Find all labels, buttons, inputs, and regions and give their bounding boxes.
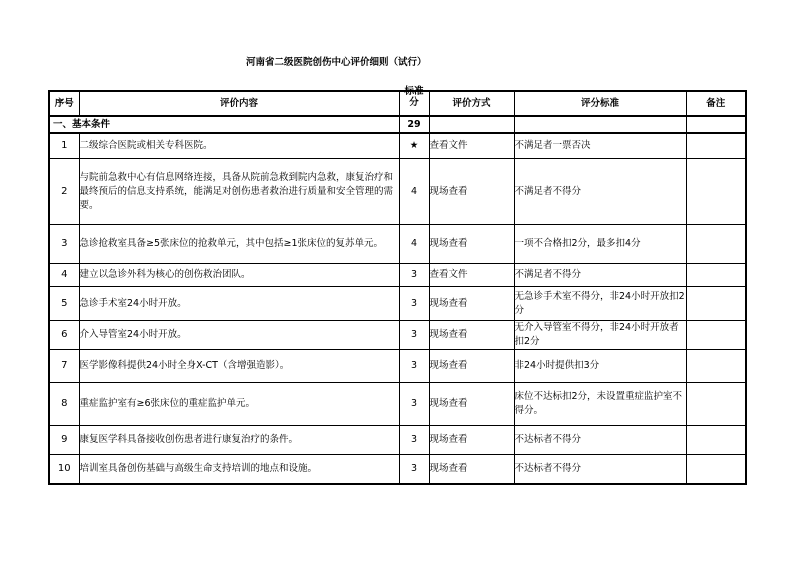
row-method: 现场查看 [429, 455, 514, 485]
header-eval-method: 评价方式 [429, 91, 514, 116]
section-criteria-cell [514, 116, 686, 133]
header-standard-score-text: 标准分 [403, 86, 425, 108]
row-note [686, 264, 746, 287]
document-page: 河南省二级医院创伤中心评价细则（试行） 序号 评价内容 标准分 评价方式 评分标… [0, 0, 793, 561]
row-score: 3 [399, 383, 429, 426]
table-row: 8 重症监护室有≥6张床位的重症监护单元。 3 现场查看 床位不达标扣2分，未设… [49, 383, 746, 426]
row-method: 现场查看 [429, 287, 514, 321]
row-criteria: 不达标者不得分 [514, 426, 686, 455]
row-content: 重症监护室有≥6张床位的重症监护单元。 [79, 383, 399, 426]
row-score: ★ [399, 133, 429, 159]
row-seq-no: 5 [49, 287, 79, 321]
row-content: 康复医学科具备接收创伤患者进行康复治疗的条件。 [79, 426, 399, 455]
row-method: 现场查看 [429, 159, 514, 225]
section-method-cell [429, 116, 514, 133]
row-score: 3 [399, 455, 429, 485]
header-remarks: 备注 [686, 91, 746, 116]
row-method: 查看文件 [429, 264, 514, 287]
row-seq-no: 10 [49, 455, 79, 485]
row-criteria: 非24小时提供扣3分 [514, 350, 686, 383]
row-seq-no: 8 [49, 383, 79, 426]
row-seq-no: 4 [49, 264, 79, 287]
row-score: 3 [399, 350, 429, 383]
row-criteria: 床位不达标扣2分，未设置重症监护室不得分。 [514, 383, 686, 426]
header-scoring-criteria: 评分标准 [514, 91, 686, 116]
row-score: 3 [399, 287, 429, 321]
row-method: 现场查看 [429, 350, 514, 383]
row-seq-no: 7 [49, 350, 79, 383]
row-criteria: 无急诊手术室不得分，非24小时开放扣2分 [514, 287, 686, 321]
section-label: 一、基本条件 [49, 116, 399, 133]
row-seq-no: 6 [49, 321, 79, 350]
table-row: 4 建立以急诊外科为核心的创伤救治团队。 3 查看文件 不满足者不得分 [49, 264, 746, 287]
row-criteria: 不满足者一票否决 [514, 133, 686, 159]
row-content: 急诊抢救室具备≥5张床位的抢救单元，其中包括≥1张床位的复苏单元。 [79, 225, 399, 264]
row-note [686, 350, 746, 383]
section-score: 29 [399, 116, 429, 133]
row-criteria: 无介入导管室不得分，非24小时开放者扣2分 [514, 321, 686, 350]
table-row: 3 急诊抢救室具备≥5张床位的抢救单元，其中包括≥1张床位的复苏单元。 4 现场… [49, 225, 746, 264]
table-row: 2 与院前急救中心有信息网络连接，具备从院前急救到院内急救，康复治疗和最终预后的… [49, 159, 746, 225]
row-criteria: 不达标者不得分 [514, 455, 686, 485]
table-row: 7 医学影像科提供24小时全身X-CT（含增强造影）。 3 现场查看 非24小时… [49, 350, 746, 383]
row-criteria: 一项不合格扣2分，最多扣4分 [514, 225, 686, 264]
table-header-row: 序号 评价内容 标准分 评价方式 评分标准 备注 [49, 91, 746, 116]
row-content: 介入导管室24小时开放。 [79, 321, 399, 350]
table-row: 5 急诊手术室24小时开放。 3 现场查看 无急诊手术室不得分，非24小时开放扣… [49, 287, 746, 321]
row-method: 现场查看 [429, 225, 514, 264]
row-method: 现场查看 [429, 426, 514, 455]
row-content: 培训室具备创伤基础与高级生命支持培训的地点和设施。 [79, 455, 399, 485]
row-score: 3 [399, 426, 429, 455]
section-row-basic-conditions: 一、基本条件 29 [49, 116, 746, 133]
table-row: 10 培训室具备创伤基础与高级生命支持培训的地点和设施。 3 现场查看 不达标者… [49, 455, 746, 485]
row-note [686, 225, 746, 264]
table-row: 1 二级综合医院或相关专科医院。 ★ 查看文件 不满足者一票否决 [49, 133, 746, 159]
evaluation-table: 序号 评价内容 标准分 评价方式 评分标准 备注 一、基本条件 29 1 二级综… [48, 90, 747, 485]
row-content: 医学影像科提供24小时全身X-CT（含增强造影）。 [79, 350, 399, 383]
row-method: 现场查看 [429, 383, 514, 426]
table-row: 9 康复医学科具备接收创伤患者进行康复治疗的条件。 3 现场查看 不达标者不得分 [49, 426, 746, 455]
row-content: 二级综合医院或相关专科医院。 [79, 133, 399, 159]
row-note [686, 383, 746, 426]
row-note [686, 133, 746, 159]
section-note-cell [686, 116, 746, 133]
row-method: 查看文件 [429, 133, 514, 159]
row-content: 建立以急诊外科为核心的创伤救治团队。 [79, 264, 399, 287]
row-score: 4 [399, 159, 429, 225]
row-seq-no: 2 [49, 159, 79, 225]
row-score: 4 [399, 225, 429, 264]
row-criteria: 不满足者不得分 [514, 264, 686, 287]
row-seq-no: 3 [49, 225, 79, 264]
document-title: 河南省二级医院创伤中心评价细则（试行） [246, 54, 427, 68]
row-note [686, 426, 746, 455]
row-note [686, 287, 746, 321]
header-seq-no: 序号 [49, 91, 79, 116]
row-note [686, 455, 746, 485]
row-seq-no: 9 [49, 426, 79, 455]
row-criteria: 不满足者不得分 [514, 159, 686, 225]
header-eval-content: 评价内容 [79, 91, 399, 116]
header-standard-score: 标准分 [399, 91, 429, 116]
row-note [686, 159, 746, 225]
table-row: 6 介入导管室24小时开放。 3 现场查看 无介入导管室不得分，非24小时开放者… [49, 321, 746, 350]
row-seq-no: 1 [49, 133, 79, 159]
row-method: 现场查看 [429, 321, 514, 350]
row-score: 3 [399, 321, 429, 350]
row-content: 急诊手术室24小时开放。 [79, 287, 399, 321]
row-content: 与院前急救中心有信息网络连接，具备从院前急救到院内急救，康复治疗和最终预后的信息… [79, 159, 399, 225]
row-note [686, 321, 746, 350]
row-score: 3 [399, 264, 429, 287]
